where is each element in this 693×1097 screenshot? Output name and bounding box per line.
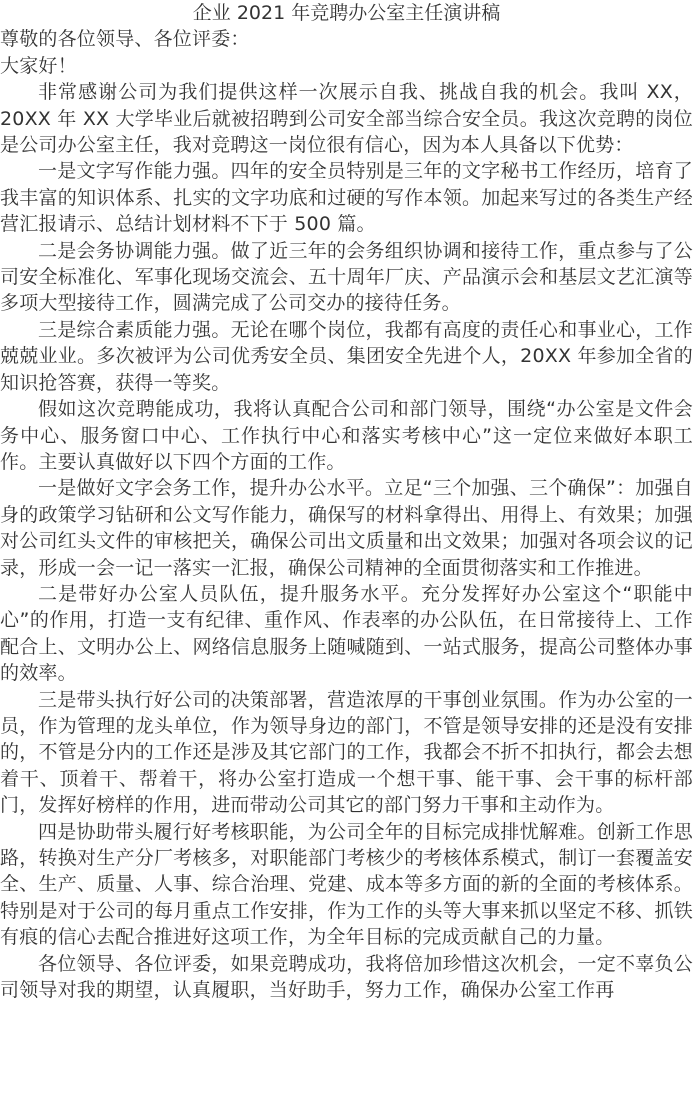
paragraph-strength-overall: 三是综合素质能力强。无论在哪个岗位，我都有高度的责任心和事业心，工作兢兢业业。多… bbox=[0, 317, 693, 396]
greeting: 大家好！ bbox=[0, 53, 693, 79]
paragraph-closing: 各位领导、各位评委，如果竞聘成功，我将倍加珍惜这次机会，一定不辜负公司领导对我的… bbox=[0, 951, 693, 1004]
document-title: 企业 2021 年竞聘办公室主任演讲稿 bbox=[0, 0, 693, 26]
paragraph-strength-writing: 一是文字写作能力强。四年的安全员特别是三年的文字秘书工作经历，培育了我丰富的知识… bbox=[0, 158, 693, 237]
paragraph-plan-two: 二是带好办公室人员队伍，提升服务水平。充分发挥好办公室这个“职能中心”的作用，打… bbox=[0, 581, 693, 687]
document-page: 企业 2021 年竞聘办公室主任演讲稿 尊敬的各位领导、各位评委： 大家好！ 非… bbox=[0, 0, 693, 1003]
paragraph-plan-three: 三是带头执行好公司的决策部署，营造浓厚的干事创业氛围。作为办公室的一员，作为管理… bbox=[0, 687, 693, 819]
paragraph-plan-four: 四是协助带头履行好考核职能，为公司全年的目标完成排忧解难。创新工作思路，转换对生… bbox=[0, 819, 693, 951]
paragraph-plan-intro: 假如这次竞聘能成功，我将认真配合公司和部门领导，围绕“办公室是文件会务中心、服务… bbox=[0, 396, 693, 475]
salutation: 尊敬的各位领导、各位评委： bbox=[0, 26, 693, 52]
paragraph-intro: 非常感谢公司为我们提供这样一次展示自我、挑战自我的机会。我叫 XX，20XX 年… bbox=[0, 79, 693, 158]
paragraph-plan-one: 一是做好文字会务工作，提升办公水平。立足“三个加强、三个确保”：加强自身的政策学… bbox=[0, 475, 693, 581]
paragraph-strength-coordination: 二是会务协调能力强。做了近三年的会务组织协调和接待工作，重点参与了公司安全标准化… bbox=[0, 238, 693, 317]
